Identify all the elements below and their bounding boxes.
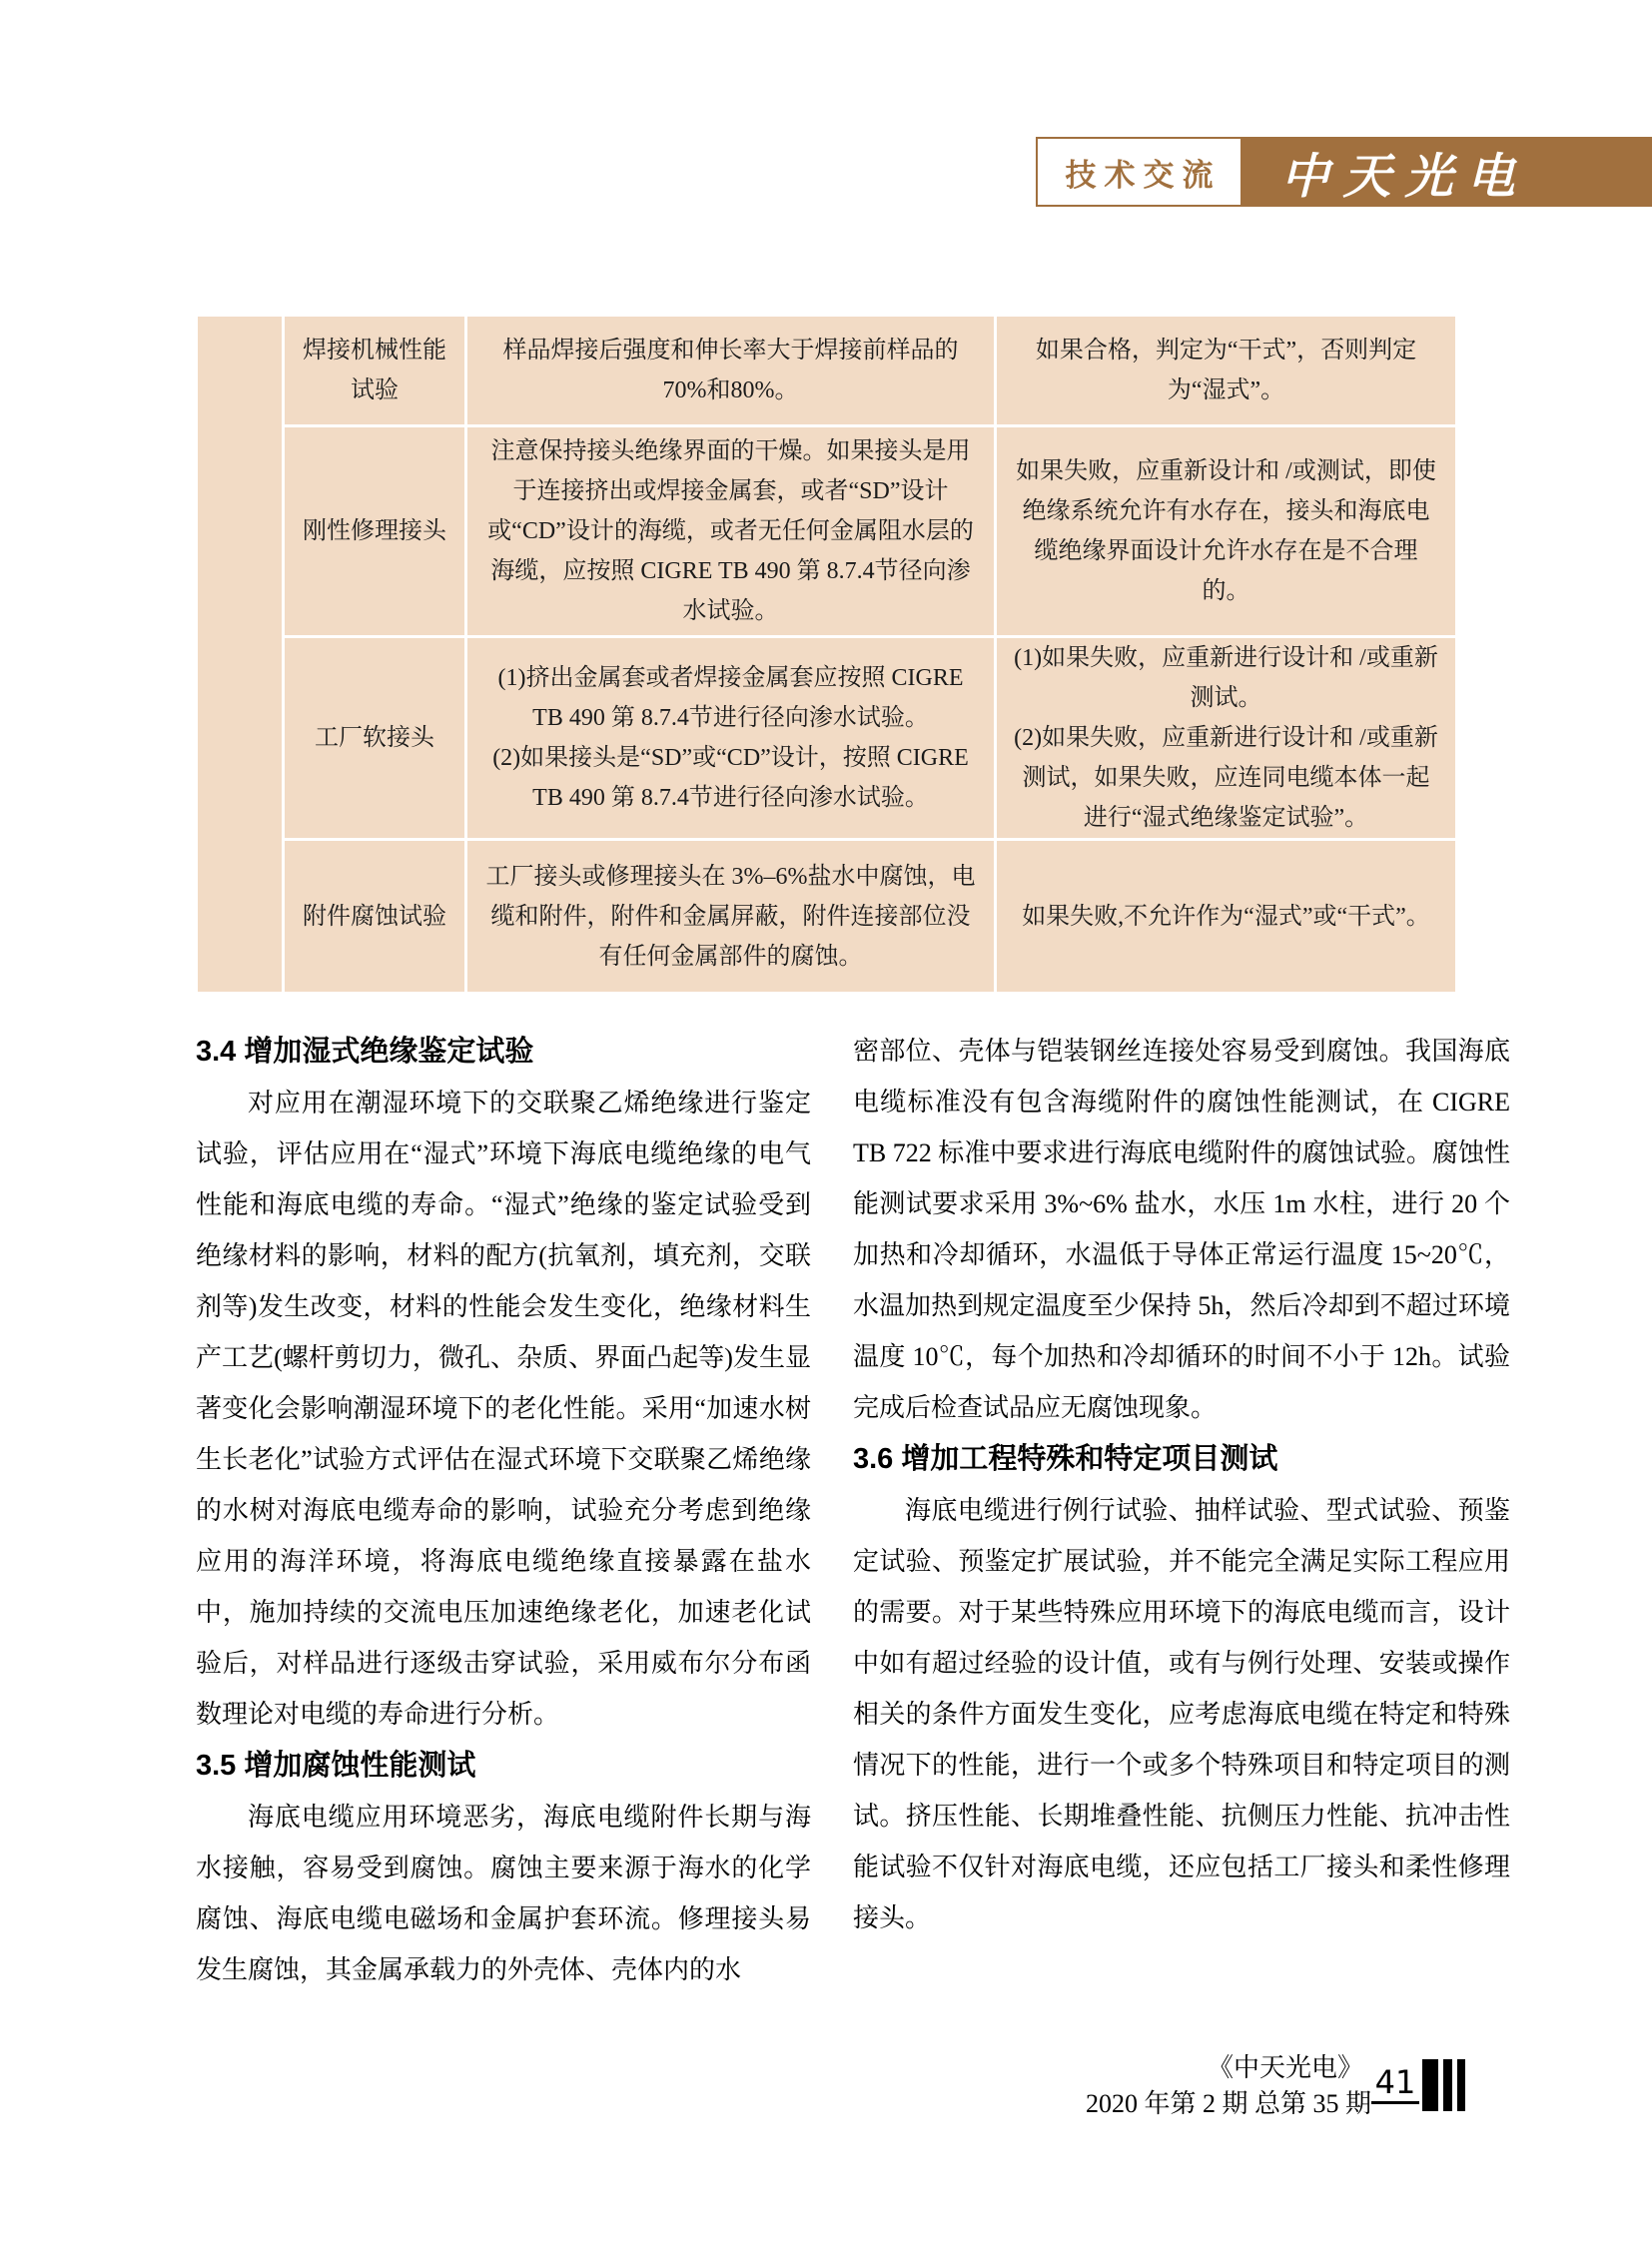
footer-journal-title: 《中天光电》: [1064, 2047, 1363, 2084]
table-merged-category-cell: [198, 317, 282, 992]
paragraph-3-5: 海底电缆应用环境恶劣，海底电缆附件长期与海水接触，容易受到腐蚀。腐蚀主要来源于海…: [196, 1792, 811, 1995]
footer-bar-icon: [1443, 2059, 1452, 2111]
document-page: 技术交流 中天光电 焊接机械性能试验 样品焊接后强度和伸长率大于焊接前样品的70…: [0, 0, 1652, 2241]
section-badge: 技术交流: [1036, 137, 1242, 207]
paragraph-3-6: 海底电缆进行例行试验、抽样试验、型式试验、预鉴定试验、预鉴定扩展试验，并不能完全…: [853, 1485, 1510, 1943]
heading-3-5: 3.5 增加腐蚀性能测试: [196, 1740, 811, 1792]
footer-issue-info: 2020 年第 2 期 总第 35 期: [999, 2083, 1371, 2120]
table-result-cell: 如果失败,不允许作为“湿式”或“干式”。: [997, 841, 1455, 992]
heading-3-6: 3.6 增加工程特殊和特定项目测试: [853, 1433, 1510, 1485]
paragraph-3-4: 对应用在潮湿环境下的交联聚乙烯绝缘进行鉴定试验，评估应用在“湿式”环境下海底电缆…: [196, 1078, 811, 1740]
table-row-label: 刚性修理接头: [285, 427, 464, 635]
heading-3-4: 3.4 增加湿式绝缘鉴定试验: [196, 1026, 811, 1078]
table-cell-text: 刚性修理接头: [299, 511, 450, 551]
table-row-label: 附件腐蚀试验: [285, 841, 464, 992]
footer-bar-icon: [1422, 2059, 1438, 2111]
table-criteria-cell: (1)挤出金属套或者焊接金属套应按照 CIGRE TB 490 第 8.7.4节…: [467, 638, 994, 838]
test-requirements-table: 焊接机械性能试验 样品焊接后强度和伸长率大于焊接前样品的70%和80%。 如果合…: [198, 317, 1455, 992]
footer-bars-icon: [1422, 2059, 1465, 2111]
table-row-label: 焊接机械性能试验: [285, 317, 464, 424]
paragraph-3-5-continued: 密部位、壳体与铠装钢丝连接处容易受到腐蚀。我国海底电缆标准没有包含海缆附件的腐蚀…: [853, 1026, 1510, 1433]
table-cell-text: 焊接机械性能试验: [299, 331, 450, 410]
table-criteria-cell: 样品焊接后强度和伸长率大于焊接前样品的70%和80%。: [467, 317, 994, 424]
table-cell-text: (2)如果接头是“SD”或“CD”设计，按照 CIGRE TB 490 第 8.…: [481, 738, 980, 818]
right-text-column: 密部位、壳体与铠装钢丝连接处容易受到腐蚀。我国海底电缆标准没有包含海缆附件的腐蚀…: [853, 1026, 1510, 1943]
table-cell-text: 注意保持接头绝缘界面的干燥。如果接头是用于连接挤出或焊接金属套，或者“SD”设计…: [481, 431, 980, 631]
table-cell-text: (1)如果失败，应重新进行设计和 /或重新测试。: [1011, 638, 1441, 718]
table-cell-text: 如果合格，判定为“干式”，否则判定为“湿式”。: [1011, 331, 1441, 410]
table-cell-text: 工厂接头或修理接头在 3%–6%盐水中腐蚀，电缆和附件，附件和金属屏蔽，附件连接…: [481, 857, 980, 977]
table-cell-text: (1)挤出金属套或者焊接金属套应按照 CIGRE TB 490 第 8.7.4节…: [481, 658, 980, 738]
footer-bar-icon: [1457, 2059, 1465, 2111]
table-result-cell: 如果合格，判定为“干式”，否则判定为“湿式”。: [997, 317, 1455, 424]
table-result-cell: (1)如果失败，应重新进行设计和 /或重新测试。 (2)如果失败，应重新进行设计…: [997, 638, 1455, 838]
table-cell-text: 工厂软接头: [299, 718, 450, 758]
page-number: 41: [1371, 2063, 1419, 2104]
brand-logo: 中天光电: [1242, 137, 1652, 207]
table-result-cell: 如果失败，应重新设计和 /或测试，即使绝缘系统允许有水存在，接头和海底电缆绝缘界…: [997, 427, 1455, 635]
table-cell-text: 附件腐蚀试验: [299, 897, 450, 937]
table-criteria-cell: 工厂接头或修理接头在 3%–6%盐水中腐蚀，电缆和附件，附件和金属屏蔽，附件连接…: [467, 841, 994, 992]
table-criteria-cell: 注意保持接头绝缘界面的干燥。如果接头是用于连接挤出或焊接金属套，或者“SD”设计…: [467, 427, 994, 635]
table-cell-text: 样品焊接后强度和伸长率大于焊接前样品的70%和80%。: [481, 331, 980, 410]
table-cell-text: 如果失败，应重新设计和 /或测试，即使绝缘系统允许有水存在，接头和海底电缆绝缘界…: [1011, 451, 1441, 611]
page-header: 技术交流 中天光电: [1036, 137, 1652, 207]
table-row-label: 工厂软接头: [285, 638, 464, 838]
table-cell-text: 如果失败,不允许作为“湿式”或“干式”。: [1011, 897, 1441, 937]
table-cell-text: (2)如果失败，应重新进行设计和 /或重新测试，如果失败，应连同电缆本体一起进行…: [1011, 718, 1441, 838]
left-text-column: 3.4 增加湿式绝缘鉴定试验 对应用在潮湿环境下的交联聚乙烯绝缘进行鉴定试验，评…: [196, 1026, 811, 1995]
